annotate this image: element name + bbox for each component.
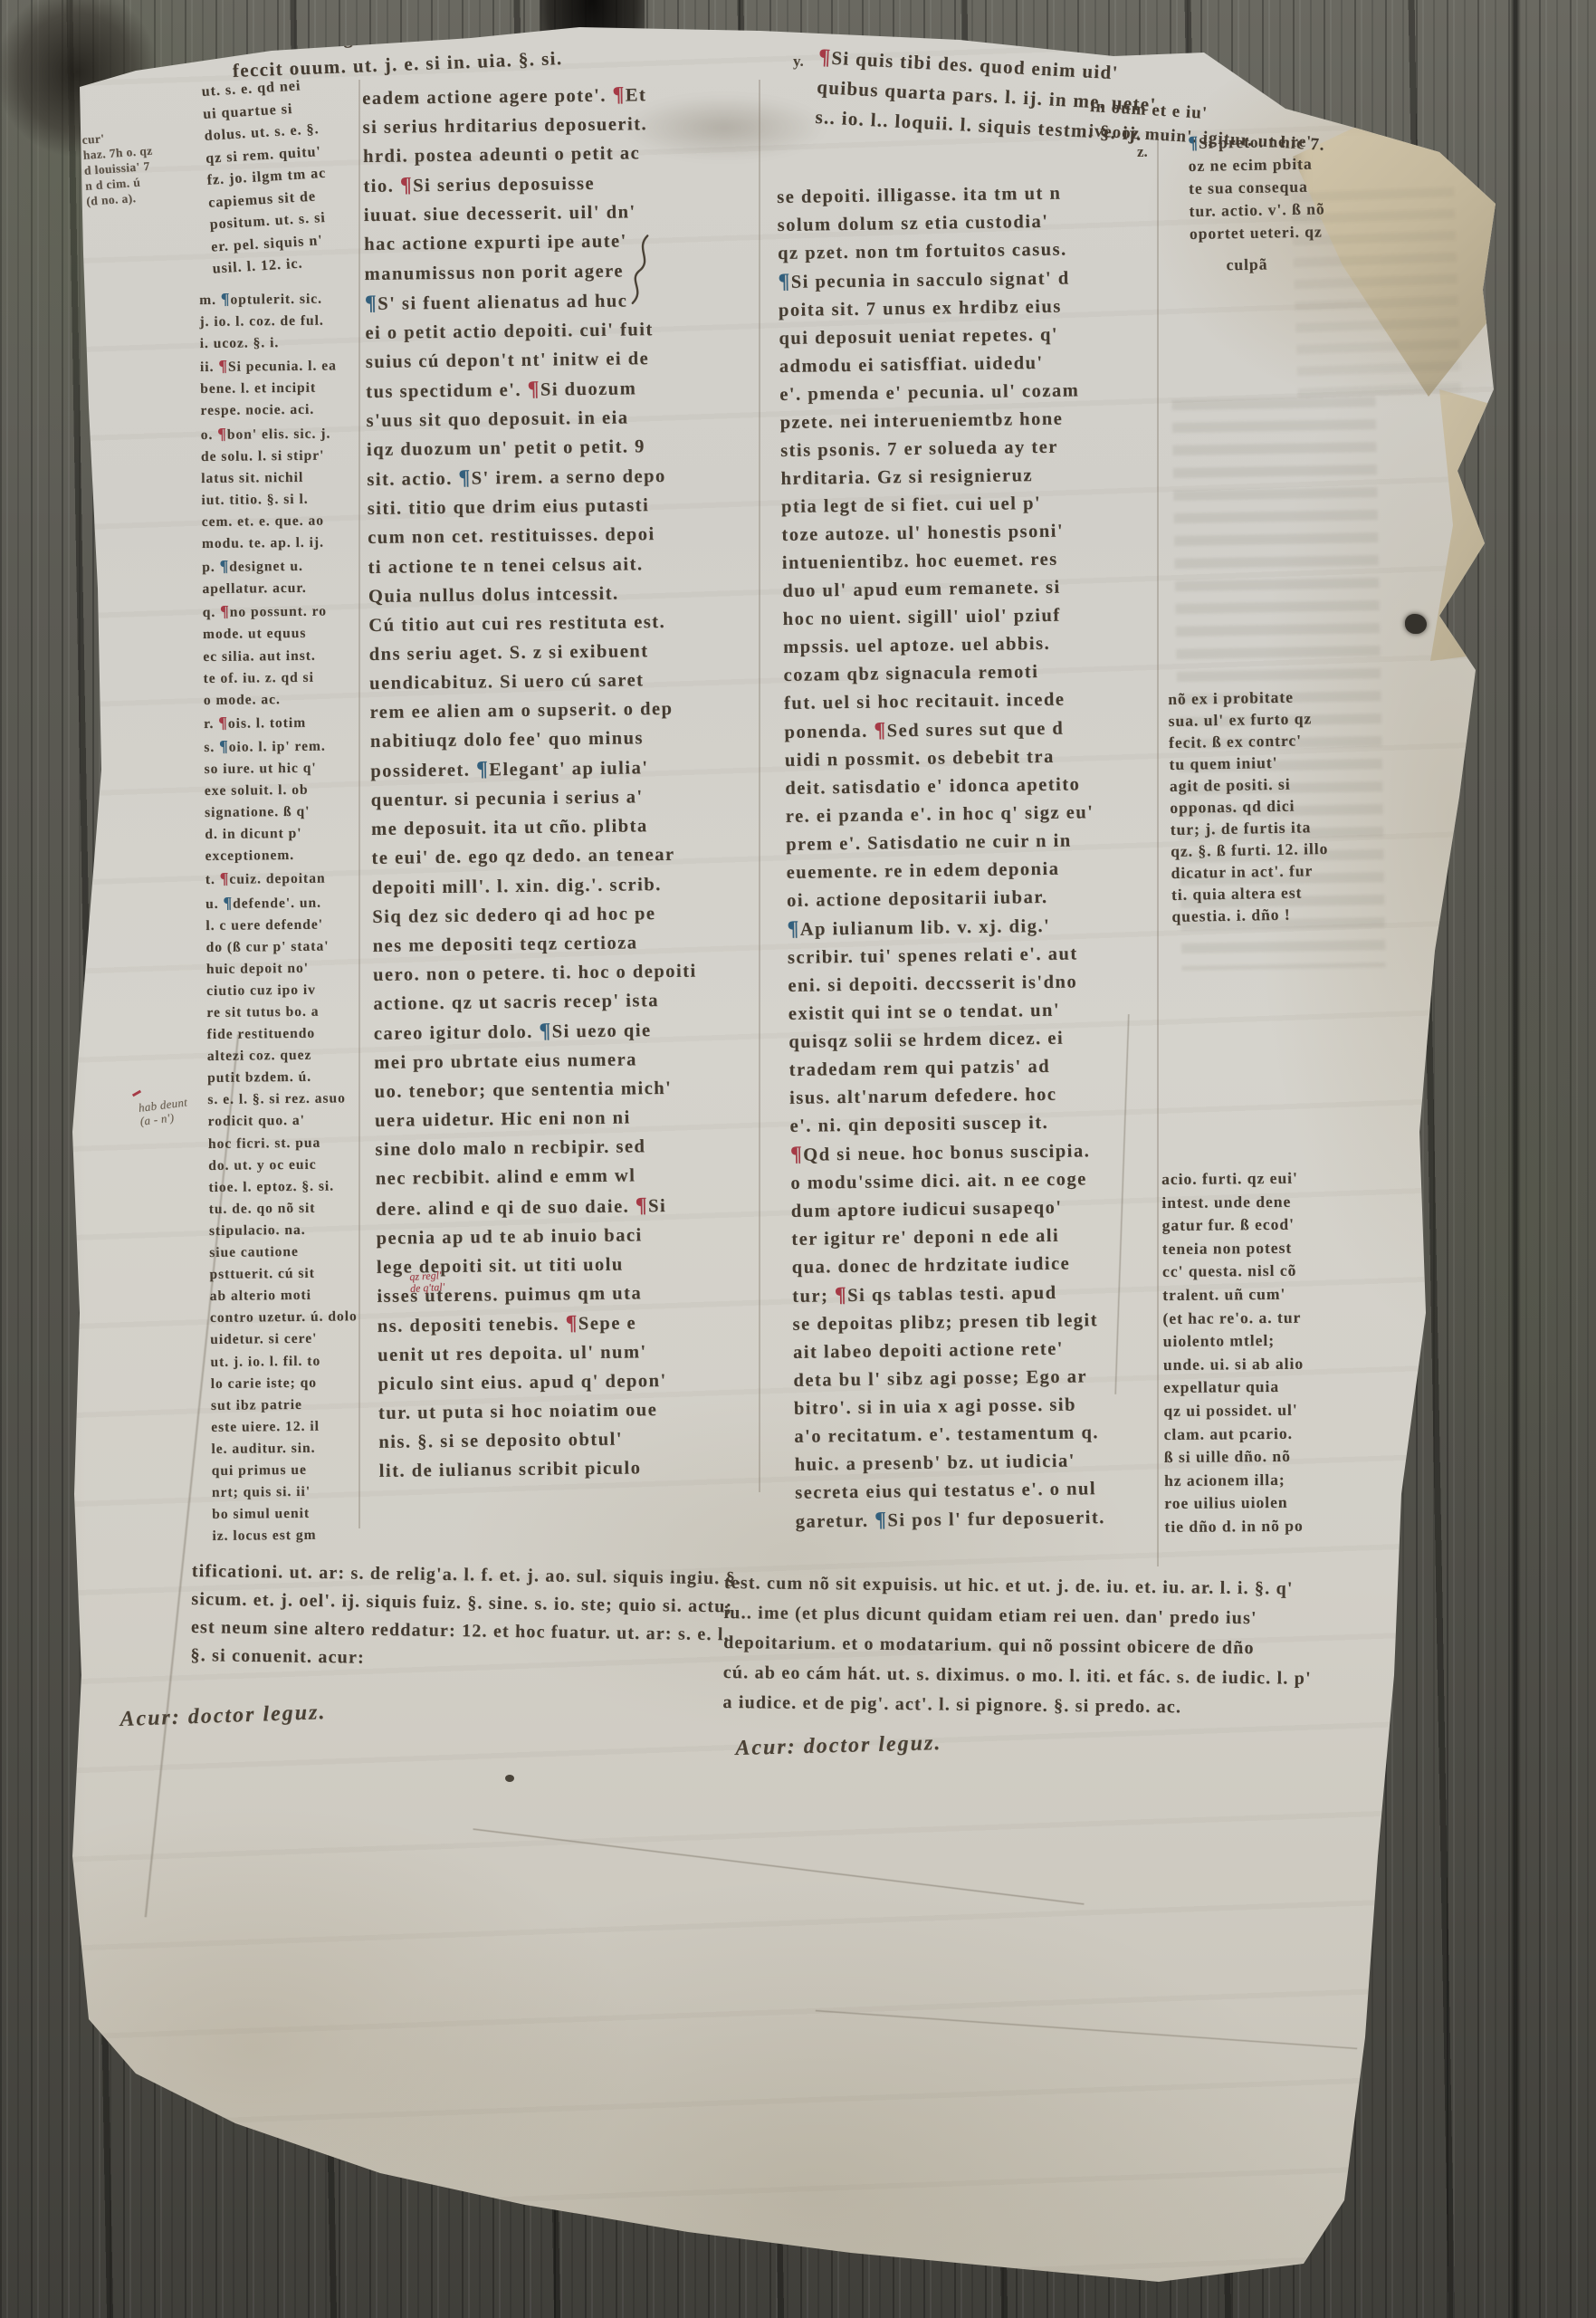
text-line: qz. §. ß furti. 12. illo [1171,838,1329,862]
bottom-left-gloss-block: tificationi. ut. ar: s. de relig'a. l. f… [190,1557,741,1677]
text-line: existit qui int se o tendat. un' [788,996,1099,1029]
crease [473,1828,1084,1906]
text-line: hz acionem illa; [1164,1468,1305,1492]
text-line: opponas. qd dici [1170,794,1328,819]
text-line: deta bu l' sibz agi posse; Ego ar [793,1363,1104,1395]
left-gloss-column: m. ¶optulerit. sic.j. io. l. coz. de ful… [199,286,359,1547]
text-line: siue cautione [209,1240,357,1264]
red-pilcrow: ¶ [835,1283,848,1307]
text-line: actione. qz ut sacris recep' ista [373,985,697,1018]
text-line: iqz duozum un' petit o petit. 9 [367,432,691,465]
text-line: roe uilius uiolen [1164,1491,1305,1516]
text-line: mei pro ubrtate eius numera [374,1045,698,1078]
text-line: siti. titio que drim eius putasti [368,491,692,523]
text-line: nõ ex i probitate [1168,685,1326,710]
text-line: questia. i. dño ! [1171,903,1330,927]
text-line: mode. ut equus [203,623,350,647]
text-line: deit. satisdatio e' idonca apetito [785,771,1095,803]
photo-scene: pe lo. l. uiñ gentiul'feccit ouum. ut. j… [0,0,1596,2318]
text-line: agit de positi. si [1170,772,1328,797]
text-line: do (ß cur p' stata' [206,935,354,959]
blue-pilcrow: ¶ [219,737,229,755]
text-line: cozam qbz signacula remoti [783,657,1094,690]
text-line: contro uzetur. ú. dolo [210,1307,358,1330]
text-line: quentur. si pecunia i serius a' [370,782,694,815]
text-line: apellatur. acur. [202,577,349,600]
paragraph-cue-y: y. [793,53,804,71]
text-line: oi. actione depositarii iubar. [787,883,1097,915]
red-pilcrow: ¶ [636,1193,649,1217]
text-line: tur. ut puta si hoc noiatim oue [378,1395,702,1428]
text-line: isus. alt'narum defedere. hoc [789,1080,1100,1113]
text-line: piculo sint eius. apud q' depon' [377,1366,702,1399]
text-line: le. auditur. sin. [211,1437,358,1461]
text-line: rodicit quo. a' [208,1110,356,1134]
scribe-attribution-center: Acur: doctor leguz. [735,1731,942,1761]
text-line: ii. ¶Si pecunia. l. ea [200,354,348,379]
blue-pilcrow: ¶ [1188,133,1199,153]
text-line: possideret. ¶Elegant' ap iulia' [370,752,694,786]
text-line: te sua consequa [1189,175,1325,200]
text-line: lit. de iulianus scribit piculo [379,1453,703,1486]
text-line: psttuerit. cú sit [209,1262,357,1286]
text-line: dns seriu aget. S. z si exibuent [369,636,693,668]
red-margin-note: qz regl'de q'tal' [409,1269,444,1295]
left-gloss-head: ut. s. e. qd neiui quartue sidolus. ut. … [201,74,332,281]
text-line: u. ¶defende'. un. [205,890,353,915]
text-line: Cú titio aut cui res restituta est. [368,607,693,639]
text-line: hrditaria. Gz si resignieruz [780,461,1091,493]
text-line: cem. et. e. que. ao [202,510,349,533]
text-line: este uiere. 12. il [211,1415,358,1439]
text-line: quisqz solii se hrdem dicez. ei [788,1024,1099,1057]
text-line: prem e'. Satisdatio ne cuir n in [786,827,1096,859]
text-line: ciutio cuz ipo iv [206,979,354,1002]
text-line: uidi n possmit. os debebit tra [785,742,1095,775]
text-line: j. io. l. coz. de ful. [199,310,347,333]
text-line: qua. donec de hrdzitate iudice [792,1250,1103,1282]
text-line: solum dolum sz etia custodia' [777,207,1087,240]
text-line: a iudice. et de pig'. act'. l. si pignor… [722,1688,1311,1724]
text-line: ¶Si preto. ne re' [1188,129,1324,155]
text-line: qz pzet. non tm fortuitos casus. [778,235,1088,268]
text-line: e'. pmenda e' pecunia. ul' cozam [779,377,1090,409]
text-line: stipulacio. na. [209,1219,357,1242]
scribe-attribution-left: Acur: doctor leguz. [119,1700,327,1732]
text-line: tie dño d. in nõ po [1164,1515,1305,1539]
text-line: scribir. tui' spenes relati e'. aut [788,940,1098,972]
text-line: exceptionem. [205,845,352,868]
text-line: huic depoit no' [206,957,354,981]
text-line: duo ul' apud eum remanete. si [782,573,1093,606]
paragraph-cue-z: z. [1137,143,1148,161]
text-line: uo. tenebor; que sententia mich' [374,1074,698,1106]
main-text-column-2: se depoiti. illigasse. ita tm ut nsolum … [777,179,1105,1537]
text-line: re. ei pzanda e'. in hoc q' sigz eu' [786,799,1096,831]
right-gloss-lower: acio. furti. qz eui'intest. unde denegat… [1161,1167,1305,1539]
right-gloss-top: ¶Si preto. ne re'oz ne ecim pbitate sua … [1188,129,1326,277]
text-line: nrt; quis si. ii' [212,1480,359,1504]
parchment-hole [1405,614,1427,634]
text-line: oportet ueteri. qz [1190,220,1326,245]
red-pilcrow: ¶ [220,869,230,887]
red-pilcrow: ¶ [565,1311,578,1335]
text-line: ß si uille dño. nõ [1164,1445,1305,1470]
text-line: cc' questa. nisl cõ [1162,1260,1303,1284]
text-line: poita sit. 7 unus ex hrdibz eius [779,292,1089,325]
crease [1114,1014,1131,1394]
text-line: dicatur in act'. fur [1171,859,1329,884]
red-tick-mark [132,1090,141,1097]
blue-pilcrow: ¶ [787,917,800,941]
text-line: fut. uel si hoc recitauit. incede [784,685,1094,718]
margin-notes-top-left: cur'haz. 7h o. qzd louissia' 7n d cim. ú… [81,128,157,209]
text-line: garetur. ¶Si pos l' fur deposuerit. [795,1503,1105,1537]
text-line: Quia nullus dolus intcessit. [368,578,693,610]
text-line: unde. ui. si ab alio [1163,1352,1304,1376]
text-line: gatur fur. ß ecod' [1161,1213,1302,1238]
text-line: teneia non potest [1162,1236,1303,1260]
text-line: iut. titio. §. si l. [201,488,349,512]
text-line: ponenda. ¶Sed sures sut que d [784,714,1094,747]
ruling-line [1157,136,1159,1566]
text-line: clam. aut pcario. [1163,1422,1304,1446]
text-line: tradedam rem qui patzis' ad [788,1052,1099,1085]
text-line: toze autoze. ul' honestis psoni' [781,517,1092,550]
text-line: do. ut. y oc euic [208,1154,356,1177]
text-line: r. ¶ois. l. totim [204,710,351,735]
text-line: eni. si depoiti. deccsserit is'dno [788,968,1098,1001]
text-line: Siq dez sic dedero qi ad hoc pe [372,898,696,931]
text-line: ait labeo depoiti actione rete' [793,1335,1104,1367]
manuscript-leaf: pe lo. l. uiñ gentiul'feccit ouum. ut. j… [0,0,1596,2318]
text-line: rem ee alien am o supserit. o dep [369,694,693,727]
text-line: se depoitas plibz; presen tib legit [792,1307,1103,1339]
text-line: modu. te. ap. l. ij. [202,532,349,555]
red-pilcrow: ¶ [817,44,832,70]
text-line: se depoiti. illigasse. ita tm ut n [777,179,1087,212]
text-line: latus sit. nichil [201,466,349,490]
text-line: cum non cet. restituisses. depoi [368,520,692,552]
text-line: careo igitur dolo. ¶Si uezo qie [374,1015,698,1049]
text-line: o modu'ssime dici. ait. n ee coge [790,1165,1101,1198]
text-line: o. ¶bon' elis. sic. j. [201,421,349,446]
ruling-line [759,80,760,1492]
text-line: culpã [1226,252,1326,276]
text-line: bo simul uenit [212,1502,359,1526]
text-line: altezi coz. quez [207,1044,355,1068]
blue-pilcrow: ¶ [874,1508,888,1531]
text-line: te of. iu. z. qd si [203,666,350,690]
text-line: respe. nocie. aci. [200,399,348,423]
red-pilcrow: ¶ [220,602,230,620]
text-line: ¶Ap iulianum lib. v. xj. dig.' [787,911,1097,944]
text-line: tioe. l. eptoz. §. si. [208,1175,356,1199]
red-pilcrow: ¶ [218,713,228,731]
text-line: qz ui possidet. ul' [1163,1399,1304,1423]
text-line: si serius hrditarius deposuerit. [362,110,686,142]
ink-speck [505,1775,514,1782]
text-line: uenit ut res depoita. ul' num' [377,1337,702,1370]
blue-pilcrow: ¶ [223,893,233,911]
text-line: d. in dicunt p' [205,823,352,847]
text-line: suius cú depon't nt' initw ei de [366,343,690,376]
blue-pilcrow: ¶ [778,270,791,293]
text-line: uero. non o petere. ti. hoc o depoiti [373,956,697,989]
text-line: de solu. l. si stipr' [201,445,349,468]
blue-pilcrow: ¶ [219,557,229,575]
text-line: hoc ficri. st. pua [208,1132,356,1155]
text-line: ¶Si pecunia in sacculo signat' d [778,263,1088,297]
text-line: admodu ei satisffiat. uidedu' [779,349,1090,381]
red-pilcrow: ¶ [400,174,414,197]
text-line: l. c uere defende' [205,914,353,937]
blue-pilcrow: ¶ [476,758,490,781]
text-line: intuenientibz. hoc euemet. res [782,545,1093,578]
text-line: pzete. nei interueniemtbz hone [779,405,1090,437]
text-line: intest. unde dene [1161,1190,1302,1214]
text-line: bene. l. et incipit [200,378,348,401]
text-line: ec silia. aut inst. [203,645,350,668]
text-line: hoc no uient. sigill' uiol' pziuf [783,601,1094,634]
blue-pilcrow: ¶ [539,1020,552,1043]
text-line: tur; ¶Si qs tablas testi. apud [792,1278,1103,1311]
red-pilcrow: ¶ [218,357,228,375]
text-line: signatione. ß q' [205,800,352,824]
text-line: s. e. l. §. si rez. asuo [207,1088,355,1112]
text-line: nis. §. si se deposito obtul' [378,1424,702,1457]
text-line: (et hac re'o. a. tur [1162,1306,1303,1330]
text-line: uidetur. si cere' [210,1328,358,1352]
text-line: tus spectidum e'. ¶Si duozum [366,373,690,407]
text-line: ¶Qd si neue. hoc bonus suscipia. [790,1136,1101,1170]
text-line: qui deposuit ueniat repetes. q' [779,321,1089,353]
text-line: nabitiuqz dolo fee' quo minus [370,723,694,756]
text-line: ti actione te n tenei celsus ait. [368,549,692,581]
text-line: sine dolo malo n recbipir. sed [375,1132,699,1164]
text-line: me deposuit. ita ut cño. plibta [371,811,695,844]
text-line: pecnia ap ud te ab inuio baci [376,1220,700,1252]
text-line: nec recbibit. alind e emm wl [376,1161,700,1193]
text-line: m. ¶optulerit. sic. [199,286,347,311]
text-line: hrdi. postea adeunti o petit ac [363,139,687,171]
text-line: a'o recitatum. e'. testamentum q. [794,1419,1104,1451]
wood-plank-gap [1510,0,1521,2318]
text-line: ut. j. io. l. fil. to [210,1350,358,1374]
text-line: e'. ni. qin depositi suscep it. [789,1108,1100,1141]
text-line: ei o petit actio depoiti. cui' fuit [365,314,689,347]
text-line: tu quem iniut' [1169,751,1327,775]
blue-pilcrow: ¶ [458,466,472,490]
text-line: ns. depositi tenebis. ¶Sepe e [377,1307,702,1340]
text-line: i. ucoz. §. i. [200,331,348,355]
text-line: bitro'. si in uia x agi posse. sib [794,1391,1104,1423]
text-line: stis psonis. 7 er solueda ay ter [780,433,1091,465]
text-line: t. ¶cuiz. depoitan [205,867,353,892]
text-line: ti. quia altera est [1171,881,1330,905]
text-line: mpssis. uel aptoze. uel abbis. [783,629,1094,662]
text-line: uera uidetur. Hic eni non ni [375,1103,699,1135]
text-line: dere. alind e qi de suo daie. ¶Si [376,1190,700,1223]
text-line: dum aptore iudicui susapeqo' [791,1193,1102,1226]
text-line: euemente. re in edem deponia [786,855,1096,887]
text-line: tur. actio. v'. ß nõ [1189,197,1325,223]
text-line: acio. furti. qz eui' [1161,1167,1302,1192]
text-line: lo carie iste; qo [211,1372,358,1395]
text-line: eadem actione agere pote'. ¶Et [362,80,686,113]
text-line: de q'tal' [410,1281,445,1295]
text-line: depoiti mill'. l. xin. dig.'. scrib. [372,869,696,902]
text-line: secreta eius qui testatus e'. o nul [795,1475,1105,1508]
right-gloss-middle: nõ ex i probitatesua. ul' ex furto qzfec… [1168,685,1330,927]
text-line: nes me depositi teqz certioza [372,927,696,960]
text-line: tur; j. de furtis ita [1171,816,1329,840]
text-line: p. ¶designet u. [202,553,349,579]
text-line: o mode. ac. [204,688,351,712]
text-line: ab alterio moti [210,1284,358,1307]
text-line: exe soluit. l. ob [205,779,352,802]
text-line: qui primus ue [212,1459,359,1482]
text-line: sit. actio. ¶S' irem. a serno depo [367,461,691,494]
text-line: uiolento mtlel; [1163,1329,1304,1354]
text-line: expellatur quia [1163,1375,1304,1400]
cursive-margin-note: hab deunt(a - n') [138,1095,190,1127]
text-line: sut ibz patrie [211,1394,358,1417]
text-line: putit bzdem. ú. [207,1067,355,1090]
blue-pilcrow: ¶ [365,291,378,314]
text-line: uendicabituz. Si uero cú saret [369,665,693,697]
text-line: te eui' de. ego qz dedo. an tenear [371,840,695,873]
text-line: tu. de. qo nõ sit [209,1197,357,1221]
text-line: s. ¶oio. l. ip' rem. [204,733,351,759]
blue-pilcrow: ¶ [221,290,231,308]
text-line: q. ¶no possunt. ro [203,599,350,625]
red-pilcrow: ¶ [612,82,626,106]
text-line: ptia legt de si fiet. cui uel p' [781,489,1092,522]
red-pilcrow: ¶ [790,1143,804,1166]
text-line: iuuat. siue decesserit. uil' dn' [364,197,688,230]
text-line: ter igitur re' deponi n ede ali [791,1221,1102,1254]
crease [816,2009,1358,2050]
text-line: fecit. ß ex contrc' [1169,729,1327,753]
text-line: sua. ul' ex furto qz [1168,707,1326,732]
text-line: tio. ¶Si serius deposuisse [363,168,687,201]
text-line: huic. a presenb' bz. ut iudicia' [795,1447,1105,1480]
bottom-right-gloss-block: test. cum nõ sit expuisis. ut hic. et ut… [722,1568,1313,1724]
text-line: oz ne ecim pbita [1188,152,1324,177]
ruling-line [358,80,360,1528]
text-line: s'uus sit quo deposuit. in eia [366,403,690,436]
text-line: re sit tutus bo. a [206,1001,354,1024]
red-pilcrow: ¶ [217,424,227,442]
red-pilcrow: ¶ [527,378,540,401]
text-line: so iure. ut hic q' [204,757,351,781]
red-pilcrow: ¶ [874,718,887,742]
text-line: tralent. uñ cum' [1162,1283,1303,1307]
text-line: fide restituendo [207,1022,355,1046]
text-line: iz. locus est gm [212,1524,359,1547]
